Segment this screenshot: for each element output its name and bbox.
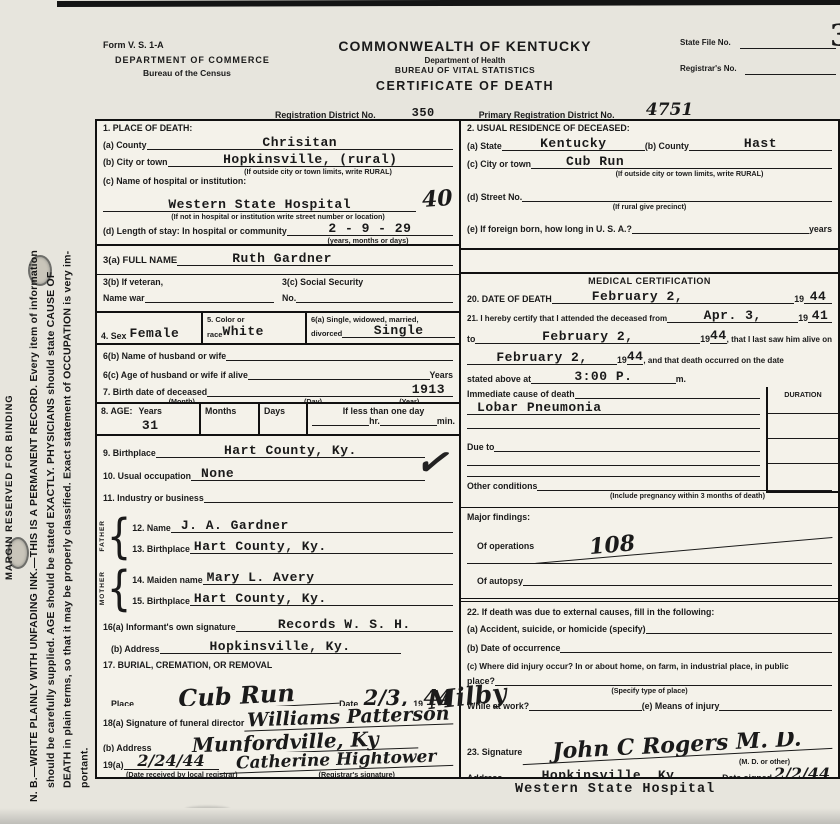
color-race-box: 5. Color or race White bbox=[203, 313, 307, 343]
external-c-note: (Specify type of place) bbox=[467, 686, 832, 695]
footer-hospital-stamp: Western State Hospital bbox=[515, 782, 715, 797]
cause-blank3 bbox=[467, 476, 760, 477]
physician-address-line: Address Hopkinsville, Ky. Date signed 2/… bbox=[467, 766, 832, 777]
s2-city-value: Cub Run bbox=[531, 155, 832, 169]
s2-street-line: (d) Street No. bbox=[467, 192, 832, 202]
autopsy-line: Of autopsy bbox=[467, 576, 832, 586]
fullname-line: 3(a) FULL NAME Ruth Gardner bbox=[103, 252, 453, 266]
section-full-name: 3(a) FULL NAME Ruth Gardner bbox=[97, 246, 459, 275]
immediate-cause-fill bbox=[575, 398, 760, 399]
due-to-fill bbox=[494, 451, 760, 452]
to-value: February 2, bbox=[475, 330, 700, 344]
s2-state-county-line: (a) State Kentucky (b) County Hast bbox=[467, 137, 832, 151]
section-husband-wife: 6(b) Name of husband or wife 6(c) Age of… bbox=[97, 345, 459, 383]
s2-city-line: (c) City or town Cub Run bbox=[467, 155, 832, 169]
s2-street-label: (d) Street No. bbox=[467, 192, 522, 202]
autopsy-fill bbox=[523, 585, 832, 586]
husband-age-line: 6(c) Age of husband or wife if alive Yea… bbox=[103, 370, 453, 380]
burial-place-line: Place Cub Run Date 2/3, 19 44 bbox=[103, 684, 453, 706]
day-note: (Day) bbox=[261, 397, 366, 404]
alive-year-prefix: 19 bbox=[617, 355, 627, 365]
industry-fill bbox=[204, 502, 453, 503]
s1-hospital-note: (If not in hospital or institution write… bbox=[103, 212, 453, 221]
s2-county-label: (b) County bbox=[645, 141, 689, 151]
father-name-value: J. A. Gardner bbox=[171, 519, 453, 533]
age-boxes: 8. AGE: Years 31 Months Days If less tha… bbox=[97, 404, 459, 434]
due-to-line: Due to bbox=[467, 442, 760, 452]
alive-value: February 2, bbox=[467, 351, 617, 365]
mother-side-label: MOTHER bbox=[99, 571, 106, 605]
occupation-value: None bbox=[191, 467, 425, 481]
section-blank-strip bbox=[461, 250, 838, 274]
from-year-value: 41 bbox=[808, 309, 832, 323]
physician-address-label: Address bbox=[467, 773, 502, 777]
burial-place-label: Place bbox=[111, 699, 134, 706]
duration-box: DURATION bbox=[766, 387, 838, 493]
section-funeral-director: 18(a) Signature of funeral director Will… bbox=[97, 706, 459, 752]
birthplace-line: 9. Birthplace Hart County, Ky. bbox=[103, 444, 425, 458]
alive-year-value: 44 bbox=[627, 349, 644, 365]
right-column: 2. USUAL RESIDENCE OF DECEASED: (a) Stat… bbox=[459, 121, 838, 777]
registrar-date-value: 2/24/44 bbox=[124, 753, 219, 770]
scan-top-edge bbox=[57, 0, 840, 7]
occupation-line: 10. Usual occupation None bbox=[103, 467, 425, 481]
state-file-line bbox=[740, 34, 836, 49]
certify-line2: to February 2, 19 44 , that I last saw h… bbox=[467, 328, 832, 344]
external-e-fill bbox=[719, 710, 832, 711]
stated-label: stated above at bbox=[467, 374, 531, 384]
father-fields: 12. Name J. A. Gardner 13. Birthplace Ha… bbox=[132, 519, 453, 554]
sex-color-marital-boxes: 4. Sex Female 5. Color or race White 6(a… bbox=[97, 313, 459, 343]
to-year-value: 44 bbox=[710, 328, 727, 344]
margin-note: N. B.—WRITE PLAINLY WITH UNFADING INK.—T… bbox=[26, 6, 93, 802]
marital-line: divorced Single bbox=[311, 324, 455, 338]
age-min-label: min. bbox=[437, 416, 455, 426]
s1-hospital-label: (c) Name of hospital or institution: bbox=[103, 176, 453, 186]
immediate-cause-label: Immediate cause of death bbox=[467, 389, 575, 399]
age-months-box: Months bbox=[201, 404, 260, 434]
birthdate-line: 7. Birth date of deceased 1913 bbox=[103, 383, 453, 397]
ss-line: No. bbox=[282, 293, 453, 303]
section-age: 8. AGE: Years 31 Months Days If less tha… bbox=[97, 404, 459, 436]
veteran-block: 3(b) If veteran, Name war bbox=[103, 277, 274, 303]
ss-label2: No. bbox=[282, 293, 296, 303]
s2-foreign-fill bbox=[632, 233, 809, 234]
cause-value-line: Lobar Pneumonia bbox=[467, 401, 760, 415]
s2-foreign-label: (e) If foreign born, how long in U. S. A… bbox=[467, 224, 632, 234]
mother-maiden-label: 14. Maiden name bbox=[132, 575, 202, 585]
dod-year-prefix: 19 bbox=[794, 294, 804, 304]
husband-age-fill bbox=[248, 379, 430, 380]
husband-age-label: 6(c) Age of husband or wife if alive bbox=[103, 370, 248, 380]
findings-blank-fill bbox=[467, 563, 832, 564]
s2-state-label: (a) State bbox=[467, 141, 502, 151]
mother-birthplace-line: 15. Birthplace Hart County, Ky. bbox=[132, 592, 453, 606]
operations-label: Of operations bbox=[477, 541, 534, 551]
informant-address-label: (b) Address bbox=[111, 644, 160, 654]
state-file-value: 3711 bbox=[830, 17, 840, 54]
marital-label2: divorced bbox=[311, 329, 342, 338]
date-of-death-value: February 2, bbox=[552, 290, 794, 304]
s2-state-value: Kentucky bbox=[502, 137, 645, 151]
dept-commerce: DEPARTMENT OF COMMERCE bbox=[115, 55, 270, 65]
section-place-of-death: 1. PLACE OF DEATH: (a) County Chrisitan … bbox=[97, 121, 459, 246]
section-physician-signature: 23. Signature John C Rogers M. D. (M. D.… bbox=[461, 732, 838, 777]
funeral-address-value: Munfordville, Ky bbox=[151, 727, 418, 752]
section-birth-date: 7. Birth date of deceased 1913 (Month) (… bbox=[97, 383, 459, 404]
father-birthplace-line: 13. Birthplace Hart County, Ky. bbox=[132, 540, 453, 554]
father-block: FATHER { 12. Name J. A. Gardner 13. Birt… bbox=[99, 514, 453, 558]
veteran-label: 3(b) If veteran, bbox=[103, 277, 274, 287]
section-informant: 16(a) Informant's own signature Records … bbox=[97, 616, 459, 658]
time-suffix: m. bbox=[676, 374, 686, 384]
death-certificate-scan: MARGIN RESERVED FOR BINDING N. B.—WRITE … bbox=[0, 0, 840, 824]
other-conditions-label: Other conditions bbox=[467, 481, 537, 491]
s2-county-value: Hast bbox=[689, 137, 832, 151]
s1-stay-note: (years, months or days) bbox=[283, 236, 453, 245]
birthplace-label: 9. Birthplace bbox=[103, 448, 156, 458]
birthdate-year-value: 1913 bbox=[207, 383, 453, 397]
stated-line: stated above at 3:00 P. m. bbox=[467, 370, 686, 384]
age-hr-min-line: hr. min. bbox=[312, 416, 455, 426]
informant-value: Records W. S. H. bbox=[236, 618, 453, 632]
to-label: to bbox=[467, 334, 475, 344]
funeral-signature-label: 18(a) Signature of funeral director bbox=[103, 718, 244, 728]
month-note: (Month) bbox=[103, 397, 261, 404]
dod-year-value: 44 bbox=[804, 290, 832, 304]
father-name-label: 12. Name bbox=[132, 523, 171, 533]
duration-line2 bbox=[768, 414, 838, 439]
margin-note-line4: portant. bbox=[76, 6, 93, 788]
cause-blank3-fill bbox=[467, 476, 760, 477]
form-body: 1. PLACE OF DEATH: (a) County Chrisitan … bbox=[95, 119, 840, 779]
s2-foreign-suffix: years bbox=[809, 224, 832, 234]
father-birthplace-value: Hart County, Ky. bbox=[190, 540, 453, 554]
veteran-fill bbox=[145, 302, 274, 303]
s1-city-line: (b) City or town Hopkinsville, (rural) bbox=[103, 153, 453, 167]
margin-binding-label: MARGIN RESERVED FOR BINDING bbox=[4, 250, 15, 580]
father-birthplace-label: 13. Birthplace bbox=[132, 544, 190, 554]
immediate-cause-line: Immediate cause of death bbox=[467, 389, 760, 399]
scan-bottom-edge bbox=[0, 808, 840, 824]
section-burial: 17. BURIAL, CREMATION, OR REMOVAL Place … bbox=[97, 658, 459, 706]
primary-district-value: 4751 bbox=[615, 102, 725, 120]
section-major-findings: Major findings: Of operations 108 Of aut… bbox=[461, 507, 838, 602]
ss-block: 3(c) Social Security No. bbox=[274, 277, 453, 303]
certificate-title: CERTIFICATE OF DEATH bbox=[265, 79, 665, 93]
form-header: Form V. S. 1-A DEPARTMENT OF COMMERCE Bu… bbox=[95, 30, 838, 118]
duration-line1 bbox=[768, 399, 838, 414]
external-d-fill bbox=[529, 710, 642, 711]
cause-blank2-fill bbox=[467, 465, 760, 466]
certify-line1: 21. I hereby certify that I attended the… bbox=[467, 309, 832, 323]
form-number: Form V. S. 1-A bbox=[103, 40, 164, 50]
section-parents: FATHER { 12. Name J. A. Gardner 13. Birt… bbox=[97, 508, 459, 616]
birthdate-label: 7. Birth date of deceased bbox=[103, 387, 207, 397]
registrar-receipt-line: 19(a) 2/24/44 Catherine Hightower bbox=[103, 752, 453, 770]
informant-address-line: (b) Address Hopkinsville, Ky. bbox=[103, 640, 401, 654]
date-of-death-label: 20. DATE OF DEATH bbox=[467, 294, 552, 304]
section-medical-certification: MEDICAL CERTIFICATION 20. DATE OF DEATH … bbox=[461, 274, 838, 387]
ss-fill bbox=[296, 302, 453, 303]
birthplace-value: Hart County, Ky. bbox=[156, 444, 425, 458]
age-label: 8. AGE: bbox=[101, 406, 132, 432]
s2-city-label: (c) City or town bbox=[467, 159, 531, 169]
bureau-vital-statistics: BUREAU OF VITAL STATISTICS bbox=[265, 65, 665, 75]
age-years-box: 8. AGE: Years 31 bbox=[97, 404, 201, 434]
burial-year-prefix: 19 bbox=[413, 699, 423, 706]
industry-label: 11. Industry or business bbox=[103, 493, 204, 503]
mother-block: MOTHER { 14. Maiden name Mary L. Avery 1… bbox=[99, 566, 453, 610]
s2-city-note: (If outside city or town limits, write R… bbox=[547, 169, 832, 178]
external-c-label: (c) Where did injury occur? In or about … bbox=[467, 662, 832, 671]
external-b-line: (b) Date of occurrence bbox=[467, 643, 832, 653]
operations-line: Of operations 108 bbox=[467, 528, 832, 551]
certify-from-value: Apr. 3, bbox=[667, 309, 798, 323]
certify-line3: February 2, 19 44 , and that death occur… bbox=[467, 349, 832, 365]
funeral-signature-line: 18(a) Signature of funeral director Will… bbox=[103, 708, 453, 728]
section-cause-of-death: DURATION Immediate cause of death Lobar … bbox=[461, 387, 838, 507]
mother-birthplace-label: 15. Birthplace bbox=[132, 596, 190, 606]
ss-label: 3(c) Social Security bbox=[282, 277, 453, 287]
cause-blank2 bbox=[467, 465, 760, 466]
date-signed-label: Date signed bbox=[722, 773, 772, 777]
burial-place-value: Cub Run bbox=[133, 679, 339, 706]
physician-signature-line: 23. Signature John C Rogers M. D. bbox=[467, 734, 832, 757]
sex-box: 4. Sex Female bbox=[97, 313, 203, 343]
age-years-label: Years bbox=[138, 406, 161, 416]
date-signed-value: 2/2/44 bbox=[772, 766, 832, 777]
external-a-fill bbox=[646, 633, 832, 634]
age-less-box: If less than one day hr. min. bbox=[308, 404, 459, 434]
s1-county-line: (a) County Chrisitan bbox=[103, 136, 453, 150]
from-year-prefix: 19 bbox=[798, 313, 808, 323]
s2-title: 2. USUAL RESIDENCE OF DECEASED: bbox=[467, 123, 832, 133]
bureau-census: Bureau of the Census bbox=[143, 68, 231, 78]
father-name-line: 12. Name J. A. Gardner bbox=[132, 519, 453, 533]
mother-birthplace-value: Hart County, Ky. bbox=[190, 592, 453, 606]
margin-note-line1: N. B.—WRITE PLAINLY WITH UNFADING INK.—T… bbox=[26, 6, 43, 802]
mother-brace: { bbox=[107, 561, 131, 616]
age-years-value: 31 bbox=[142, 418, 159, 433]
certify-label: 21. I hereby certify that I attended the… bbox=[467, 314, 667, 323]
burial-date-label: Date bbox=[339, 699, 358, 706]
age-hr-fill bbox=[312, 425, 369, 426]
external-de-line: While at work? (e) Means of injury bbox=[467, 701, 832, 711]
margin-note-line2: should be carefully supplied. AGE should… bbox=[43, 6, 60, 788]
to-tail: , that I last saw him alive on bbox=[727, 335, 832, 344]
dept-health: Department of Health bbox=[265, 56, 665, 65]
burial-date-value: 2/3, bbox=[358, 687, 413, 706]
fullname-value: Ruth Gardner bbox=[177, 252, 453, 266]
section-registrar-receipt: 19(a) 2/24/44 Catherine Hightower (Date … bbox=[97, 752, 459, 777]
section-birthplace-occupation: 9. Birthplace Hart County, Ky. 10. Usual… bbox=[97, 436, 459, 508]
left-column: 1. PLACE OF DEATH: (a) County Chrisitan … bbox=[97, 121, 459, 777]
duration-label: DURATION bbox=[768, 390, 838, 399]
autopsy-label: Of autopsy bbox=[477, 576, 523, 586]
industry-line: 11. Industry or business bbox=[103, 493, 453, 503]
physician-address-value: Hopkinsville, Ky. bbox=[502, 769, 722, 777]
husband-fill bbox=[226, 360, 453, 361]
s2-street-note: (If rural give precinct) bbox=[467, 202, 832, 211]
s1-county-label: (a) County bbox=[103, 140, 147, 150]
s1-hospital-value: Western State Hospital bbox=[103, 198, 416, 212]
s1-county-value: Chrisitan bbox=[147, 136, 454, 150]
sex-value: Female bbox=[129, 326, 179, 341]
state-file-label: State File No. bbox=[680, 38, 731, 47]
external-title: 22. If death was due to external causes,… bbox=[467, 607, 832, 617]
age-days-box: Days bbox=[260, 404, 308, 434]
s1-hospital-number-hand: 40 bbox=[422, 185, 454, 213]
mother-fields: 14. Maiden name Mary L. Avery 15. Birthp… bbox=[132, 571, 453, 606]
operations-value: 108 bbox=[534, 515, 833, 564]
burial-title: 17. BURIAL, CREMATION, OR REMOVAL bbox=[103, 660, 453, 670]
title-block: COMMONWEALTH OF KENTUCKY Department of H… bbox=[265, 38, 665, 93]
registrar-no-line bbox=[745, 60, 836, 75]
s1-hospital-line: Western State Hospital 40 bbox=[103, 186, 453, 212]
time-value: 3:00 P. bbox=[531, 370, 676, 384]
veteran-ss-row: 3(b) If veteran, Name war 3(c) Social Se… bbox=[103, 277, 453, 303]
s1-city-value: Hopkinsville, (rural) bbox=[168, 153, 454, 167]
s1-city-label: (b) City or town bbox=[103, 157, 168, 167]
color-value: White bbox=[222, 324, 264, 339]
external-a-label: (a) Accident, suicide, or homicide (spec… bbox=[467, 624, 646, 634]
due-to-label: Due to bbox=[467, 442, 494, 452]
funeral-address-line: (b) Address Munfordville, Ky bbox=[103, 732, 418, 752]
informant-label: 16(a) Informant's own signature bbox=[103, 622, 236, 632]
age-min-fill bbox=[380, 425, 437, 426]
physician-signature-label: 23. Signature bbox=[467, 747, 522, 757]
section-external-causes: 22. If death was due to external causes,… bbox=[461, 602, 838, 732]
veteran-label2: Name war bbox=[103, 293, 145, 303]
registrar-no-label: Registrar's No. bbox=[680, 64, 737, 73]
external-b-fill bbox=[560, 652, 832, 653]
external-e-label: (e) Means of injury bbox=[642, 701, 720, 711]
color-line: race White bbox=[207, 324, 301, 339]
husband-label: 6(b) Name of husband or wife bbox=[103, 351, 226, 361]
age-less-label: If less than one day bbox=[312, 406, 455, 416]
medical-title: MEDICAL CERTIFICATION bbox=[467, 276, 832, 286]
duration-line3 bbox=[768, 439, 838, 464]
color-label: 5. Color or bbox=[207, 315, 301, 324]
marital-value: Single bbox=[342, 324, 455, 338]
marital-box: 6(a) Single, widowed, married, divorced … bbox=[307, 313, 459, 343]
registrar-receipt-label: 19(a) bbox=[103, 760, 124, 770]
funeral-address-label: (b) Address bbox=[103, 743, 152, 752]
veteran-line: Name war bbox=[103, 293, 274, 303]
color-label2: race bbox=[207, 330, 222, 339]
father-side-label: FATHER bbox=[99, 520, 106, 552]
external-a-line: (a) Accident, suicide, or homicide (spec… bbox=[467, 624, 832, 634]
informant-line: 16(a) Informant's own signature Records … bbox=[103, 618, 453, 632]
s1-city-note: (If outside city or town limits, write R… bbox=[183, 167, 453, 176]
fullname-label: 3(a) FULL NAME bbox=[103, 255, 177, 266]
to-year-prefix: 19 bbox=[700, 334, 710, 344]
age-years: Years 31 bbox=[138, 406, 161, 432]
informant-address-value: Hopkinsville, Ky. bbox=[160, 640, 401, 654]
findings-blank bbox=[467, 563, 832, 564]
cause-blank1 bbox=[467, 428, 760, 429]
cause-value: Lobar Pneumonia bbox=[467, 401, 760, 415]
age-hr-label: hr. bbox=[369, 416, 380, 426]
alive-tail: , and that death occurred on the date bbox=[643, 356, 783, 365]
commonwealth-title: COMMONWEALTH OF KENTUCKY bbox=[265, 38, 665, 54]
section-sex-color-marital: 4. Sex Female 5. Color or race White 6(a… bbox=[97, 313, 459, 345]
registration-district-line: Registration District No. 350 Primary Re… bbox=[275, 102, 775, 120]
mother-maiden-line: 14. Maiden name Mary L. Avery bbox=[132, 571, 453, 585]
year-note: (Year) bbox=[366, 397, 454, 404]
s1-stay-label: (d) Length of stay: In hospital or commu… bbox=[103, 226, 287, 236]
date-of-death-line: 20. DATE OF DEATH February 2, 19 44 bbox=[467, 290, 832, 304]
s1-stay-line: (d) Length of stay: In hospital or commu… bbox=[103, 222, 453, 236]
s2-foreign-line: (e) If foreign born, how long in U. S. A… bbox=[467, 224, 832, 234]
section-residence: 2. USUAL RESIDENCE OF DECEASED: (a) Stat… bbox=[461, 121, 838, 250]
margin-note-line3: DEATH in plain terms, so that it may be … bbox=[60, 6, 77, 788]
external-c2-line: place? bbox=[467, 676, 832, 686]
mother-maiden-value: Mary L. Avery bbox=[203, 571, 453, 585]
occupation-label: 10. Usual occupation bbox=[103, 471, 191, 481]
cause-blank1-fill bbox=[467, 428, 760, 429]
s1-title: 1. PLACE OF DEATH: bbox=[103, 123, 453, 133]
sex-label: 4. Sex bbox=[101, 331, 126, 341]
section-veteran-ss: 3(b) If veteran, Name war 3(c) Social Se… bbox=[97, 275, 459, 313]
s1-stay-value: 2 - 9 - 29 bbox=[287, 222, 453, 236]
husband-line: 6(b) Name of husband or wife bbox=[103, 351, 453, 361]
father-brace: { bbox=[107, 509, 131, 564]
husband-age-suffix: Years bbox=[430, 370, 453, 380]
external-b-label: (b) Date of occurrence bbox=[467, 643, 560, 653]
birthdate-notes: (Month) (Day) (Year) bbox=[103, 397, 453, 404]
